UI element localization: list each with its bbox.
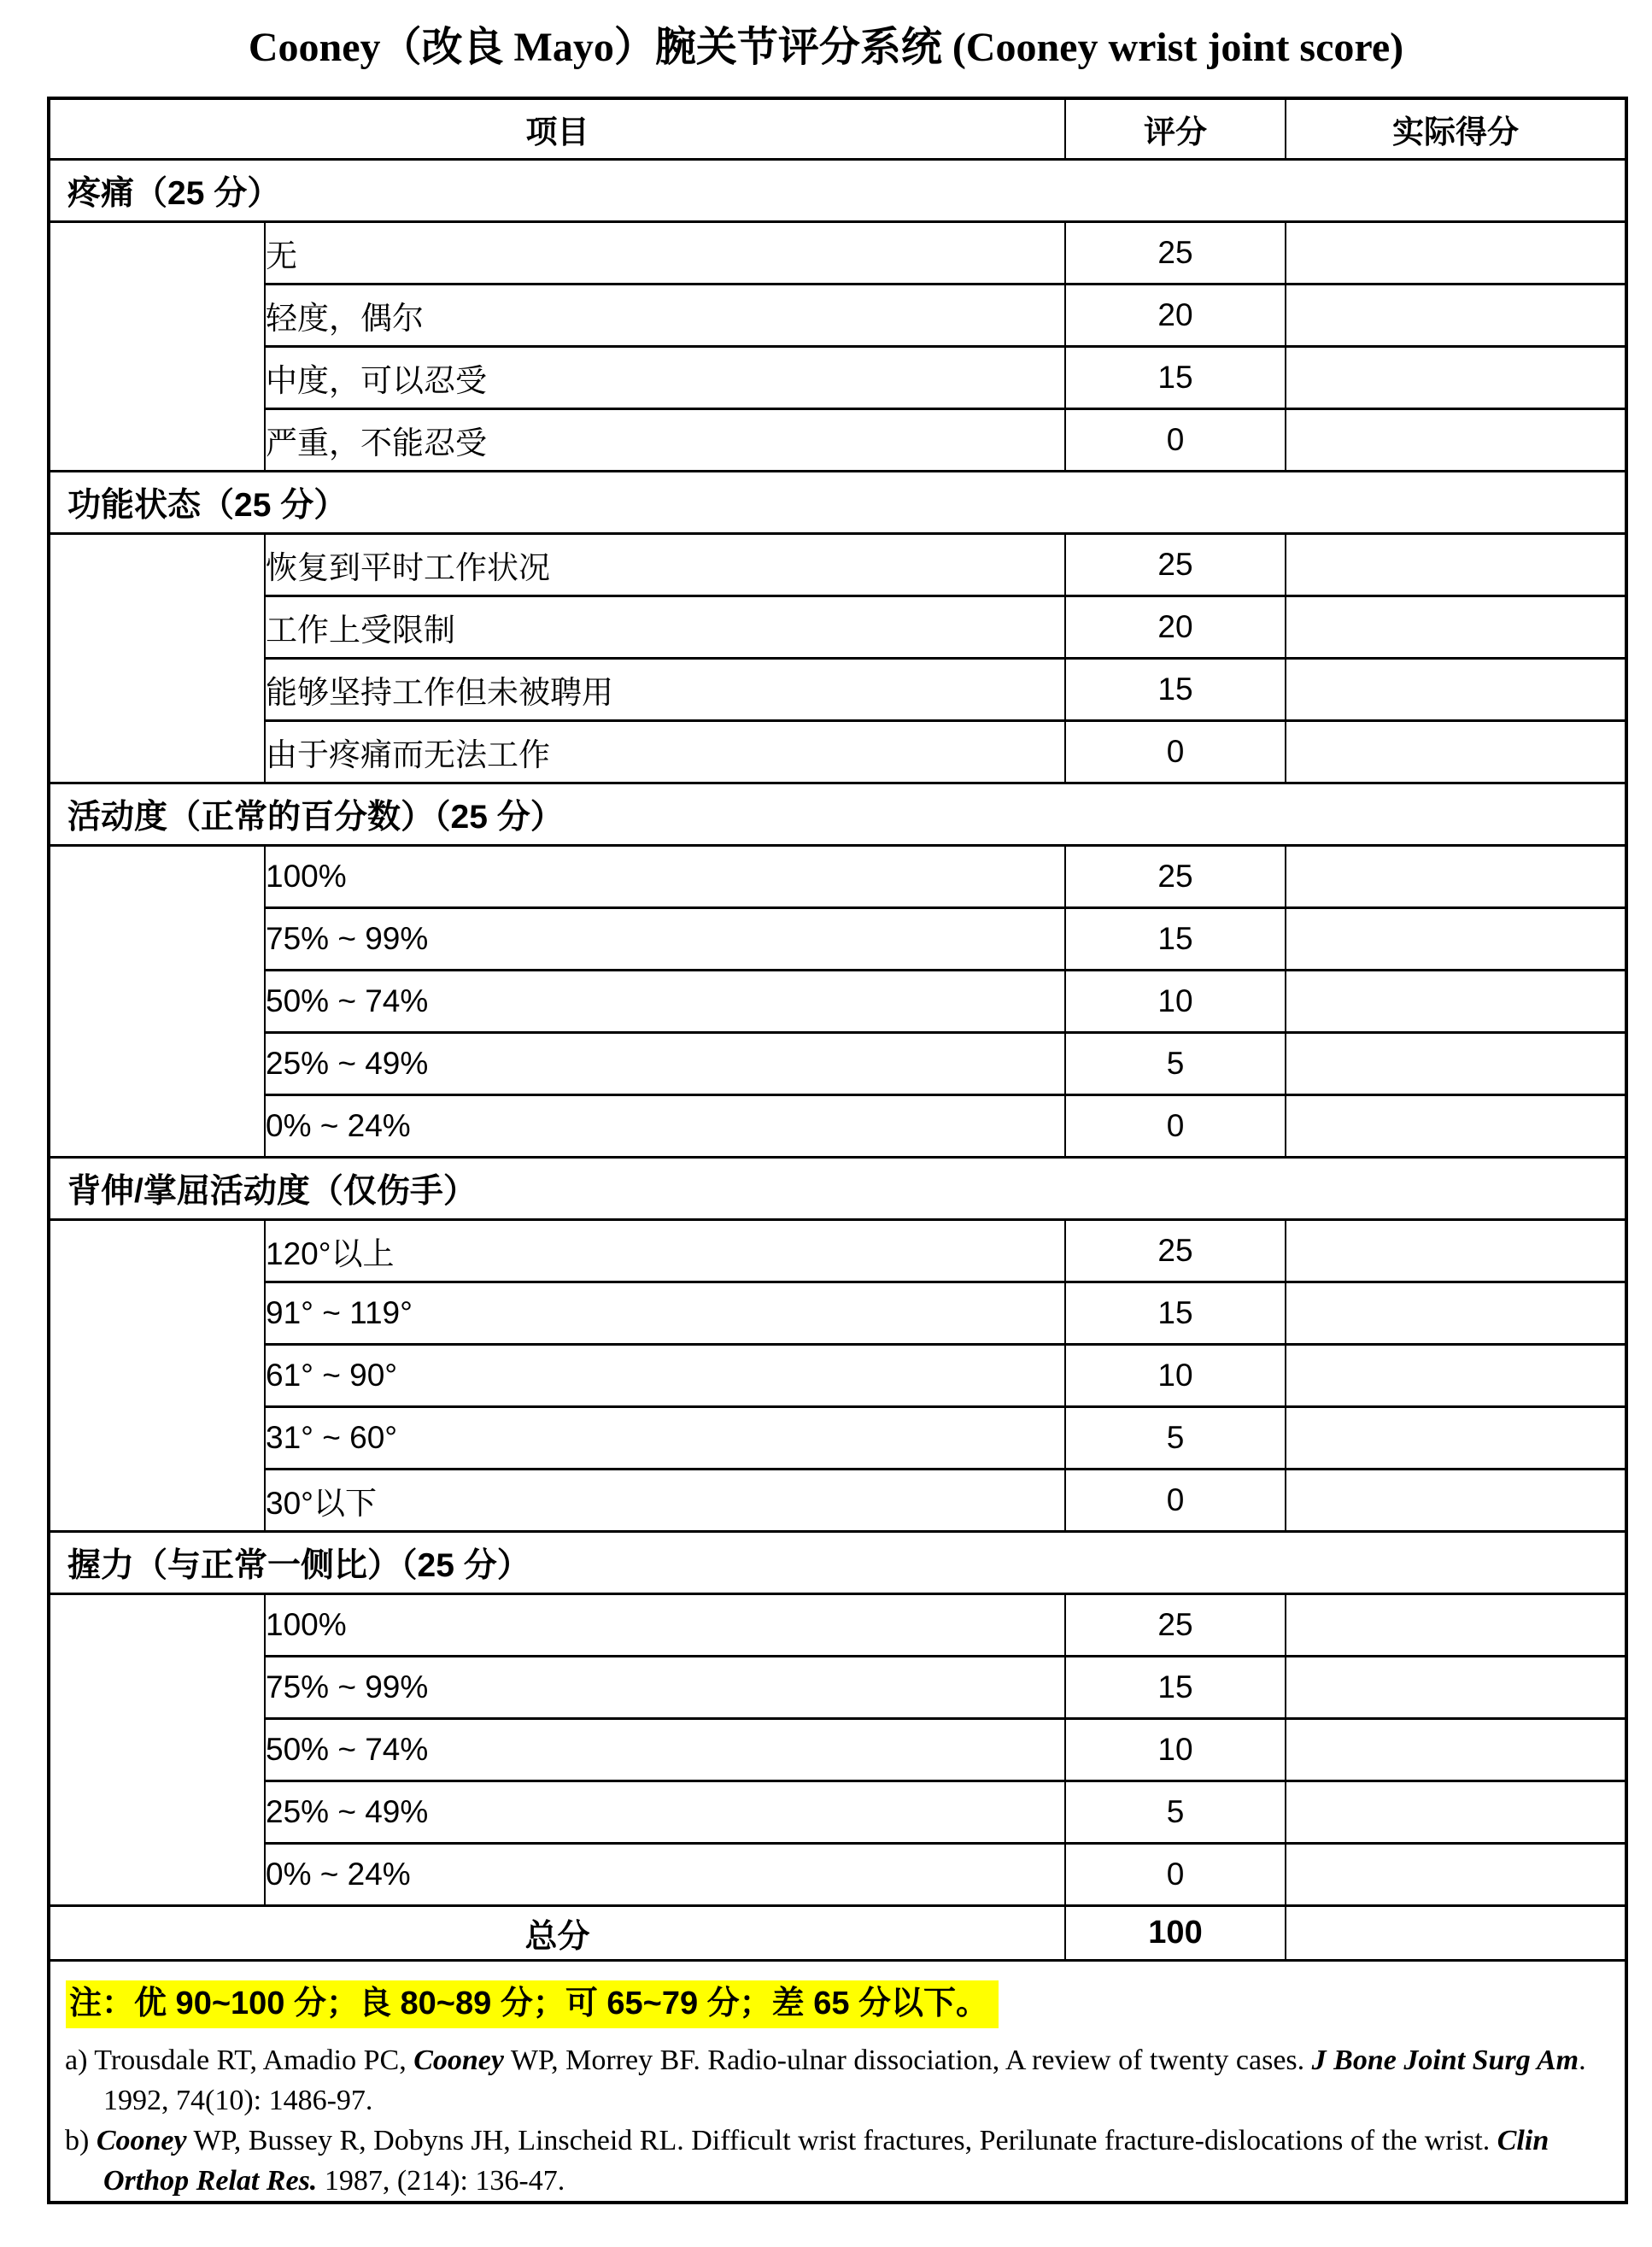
section-row-pain: 疼痛（25 分） [49, 159, 1626, 221]
item-score-cell: 10 [1065, 970, 1286, 1032]
item-label-cell: 无 [265, 221, 1065, 284]
item-score-cell: 10 [1065, 1718, 1286, 1781]
item-score-cell: 0 [1065, 1094, 1286, 1157]
reference-a: a) Trousdale RT, Amadio PC, Cooney WP, M… [50, 2040, 1601, 2121]
item-label-cell: 50% ~ 74% [265, 1718, 1065, 1781]
item-row: 100% 25 [49, 1593, 1626, 1656]
item-label-cell: 轻度，偶尔 [265, 284, 1065, 346]
item-label-cell: 25% ~ 49% [265, 1032, 1065, 1094]
item-row: 50% ~ 74% 10 [49, 1718, 1626, 1781]
item-score-cell: 15 [1065, 346, 1286, 408]
item-row: 恢复到平时工作状况 25 [49, 533, 1626, 595]
section-label: 握力（与正常一侧比）（25 分） [49, 1531, 1626, 1593]
item-row: 61° ~ 90° 10 [49, 1344, 1626, 1406]
actual-score-cell [1286, 720, 1626, 783]
item-label-cell: 30°以下 [265, 1469, 1065, 1531]
ref-a-marker: a) [65, 2045, 87, 2076]
section-label: 活动度（正常的百分数）（25 分） [49, 783, 1626, 845]
ref-b-author: Cooney [97, 2125, 187, 2156]
actual-score-cell [1286, 1219, 1626, 1282]
section-label: 疼痛（25 分） [49, 159, 1626, 221]
item-label-cell: 100% [265, 1593, 1065, 1656]
actual-score-cell [1286, 658, 1626, 720]
item-row: 严重，不能忍受 0 [49, 408, 1626, 471]
item-label-cell: 75% ~ 99% [265, 907, 1065, 970]
item-label-cell: 50% ~ 74% [265, 970, 1065, 1032]
item-score-cell: 5 [1065, 1406, 1286, 1469]
item-label-cell: 恢复到平时工作状况 [265, 533, 1065, 595]
item-label-cell: 严重，不能忍受 [265, 408, 1065, 471]
item-row: 30°以下 0 [49, 1469, 1626, 1531]
header-actual-cell: 实际得分 [1286, 98, 1626, 159]
item-label-cell: 中度，可以忍受 [265, 346, 1065, 408]
actual-score-cell [1286, 284, 1626, 346]
item-row: 轻度，偶尔 20 [49, 284, 1626, 346]
item-row: 120°以上 25 [49, 1219, 1626, 1282]
actual-score-cell [1286, 1282, 1626, 1344]
total-actual-cell [1286, 1905, 1626, 1960]
item-score-cell: 0 [1065, 408, 1286, 471]
grade-note: 注：优 90~100 分；良 80~89 分；可 65~79 分；差 65 分以… [66, 1980, 999, 2028]
item-row: 25% ~ 49% 5 [49, 1032, 1626, 1094]
item-score-cell: 15 [1065, 658, 1286, 720]
item-score-cell: 10 [1065, 1344, 1286, 1406]
actual-score-cell [1286, 1656, 1626, 1718]
score-table: 项目 评分 实际得分 疼痛（25 分） 无 25 轻度，偶尔 20 中度，可以忍… [47, 97, 1628, 2204]
section-row-function: 功能状态（25 分） [49, 471, 1626, 533]
item-row: 31° ~ 60° 5 [49, 1406, 1626, 1469]
item-score-cell: 25 [1065, 1593, 1286, 1656]
actual-score-cell [1286, 1843, 1626, 1905]
item-score-cell: 5 [1065, 1781, 1286, 1843]
header-row: 项目 评分 实际得分 [49, 98, 1626, 159]
actual-score-cell [1286, 1469, 1626, 1531]
actual-score-cell [1286, 1781, 1626, 1843]
indent-cell [49, 1593, 265, 1905]
actual-score-cell [1286, 845, 1626, 907]
section-row-flexion: 背伸/掌屈活动度（仅伤手） [49, 1157, 1626, 1219]
section-label: 功能状态（25 分） [49, 471, 1626, 533]
actual-score-cell [1286, 408, 1626, 471]
actual-score-cell [1286, 1406, 1626, 1469]
ref-b-mid: WP, Bussey R, Dobyns JH, Linscheid RL. D… [187, 2125, 1497, 2156]
item-label-cell: 工作上受限制 [265, 595, 1065, 658]
item-row: 100% 25 [49, 845, 1626, 907]
ref-b-pre [89, 2125, 97, 2156]
ref-a-author: Cooney [413, 2045, 504, 2076]
item-score-cell: 20 [1065, 595, 1286, 658]
item-label-cell: 120°以上 [265, 1219, 1065, 1282]
item-label-cell: 25% ~ 49% [265, 1781, 1065, 1843]
actual-score-cell [1286, 1593, 1626, 1656]
section-row-grip: 握力（与正常一侧比）（25 分） [49, 1531, 1626, 1593]
item-row: 75% ~ 99% 15 [49, 907, 1626, 970]
item-score-cell: 15 [1065, 1282, 1286, 1344]
indent-cell [49, 221, 265, 471]
header-item-cell: 项目 [49, 98, 1065, 159]
actual-score-cell [1286, 1718, 1626, 1781]
item-row: 25% ~ 49% 5 [49, 1781, 1626, 1843]
item-row: 中度，可以忍受 15 [49, 346, 1626, 408]
ref-b-marker: b) [65, 2125, 89, 2156]
actual-score-cell [1286, 221, 1626, 284]
section-label: 背伸/掌屈活动度（仅伤手） [49, 1157, 1626, 1219]
item-label-cell: 91° ~ 119° [265, 1282, 1065, 1344]
item-row: 工作上受限制 20 [49, 595, 1626, 658]
item-score-cell: 25 [1065, 845, 1286, 907]
item-score-cell: 15 [1065, 1656, 1286, 1718]
item-score-cell: 0 [1065, 1469, 1286, 1531]
item-row: 50% ~ 74% 10 [49, 970, 1626, 1032]
item-row: 能够坚持工作但未被聘用 15 [49, 658, 1626, 720]
actual-score-cell [1286, 1344, 1626, 1406]
reference-b: b) Cooney WP, Bussey R, Dobyns JH, Linsc… [50, 2121, 1601, 2201]
item-row: 0% ~ 24% 0 [49, 1843, 1626, 1905]
ref-a-journal: J Bone Joint Surg Am [1312, 2045, 1579, 2076]
actual-score-cell [1286, 1094, 1626, 1157]
actual-score-cell [1286, 533, 1626, 595]
item-label-cell: 31° ~ 60° [265, 1406, 1065, 1469]
item-score-cell: 25 [1065, 221, 1286, 284]
total-score-cell: 100 [1065, 1905, 1286, 1960]
ref-a-pre: Trousdale RT, Amadio PC, [87, 2045, 413, 2076]
section-row-motion: 活动度（正常的百分数）（25 分） [49, 783, 1626, 845]
item-row: 由于疼痛而无法工作 0 [49, 720, 1626, 783]
item-label-cell: 100% [265, 845, 1065, 907]
indent-cell [49, 533, 265, 783]
references: a) Trousdale RT, Amadio PC, Cooney WP, M… [50, 2040, 1625, 2201]
actual-score-cell [1286, 346, 1626, 408]
item-score-cell: 25 [1065, 1219, 1286, 1282]
item-label-cell: 由于疼痛而无法工作 [265, 720, 1065, 783]
item-label-cell: 0% ~ 24% [265, 1843, 1065, 1905]
item-row: 无 25 [49, 221, 1626, 284]
item-label-cell: 61° ~ 90° [265, 1344, 1065, 1406]
page-title: Cooney（改良 Mayo）腕关节评分系统 (Cooney wrist joi… [0, 0, 1652, 97]
item-row: 0% ~ 24% 0 [49, 1094, 1626, 1157]
item-score-cell: 5 [1065, 1032, 1286, 1094]
header-score-cell: 评分 [1065, 98, 1286, 159]
total-row: 总分 100 [49, 1905, 1626, 1960]
indent-cell [49, 1219, 265, 1531]
item-row: 75% ~ 99% 15 [49, 1656, 1626, 1718]
footer-cell: 注：优 90~100 分；良 80~89 分；可 65~79 分；差 65 分以… [49, 1960, 1626, 2203]
item-score-cell: 15 [1065, 907, 1286, 970]
item-label-cell: 0% ~ 24% [265, 1094, 1065, 1157]
actual-score-cell [1286, 907, 1626, 970]
item-score-cell: 0 [1065, 1843, 1286, 1905]
item-label-cell: 能够坚持工作但未被聘用 [265, 658, 1065, 720]
ref-b-post: 1987, (214): 136-47. [317, 2165, 565, 2197]
indent-cell [49, 845, 265, 1157]
actual-score-cell [1286, 970, 1626, 1032]
item-row: 91° ~ 119° 15 [49, 1282, 1626, 1344]
ref-a-mid: WP, Morrey BF. Radio-ulnar dissociation,… [504, 2045, 1312, 2076]
total-label-cell: 总分 [49, 1905, 1065, 1960]
item-score-cell: 25 [1065, 533, 1286, 595]
item-label-cell: 75% ~ 99% [265, 1656, 1065, 1718]
footer-row: 注：优 90~100 分；良 80~89 分；可 65~79 分；差 65 分以… [49, 1960, 1626, 2203]
actual-score-cell [1286, 1032, 1626, 1094]
actual-score-cell [1286, 595, 1626, 658]
item-score-cell: 20 [1065, 284, 1286, 346]
item-score-cell: 0 [1065, 720, 1286, 783]
